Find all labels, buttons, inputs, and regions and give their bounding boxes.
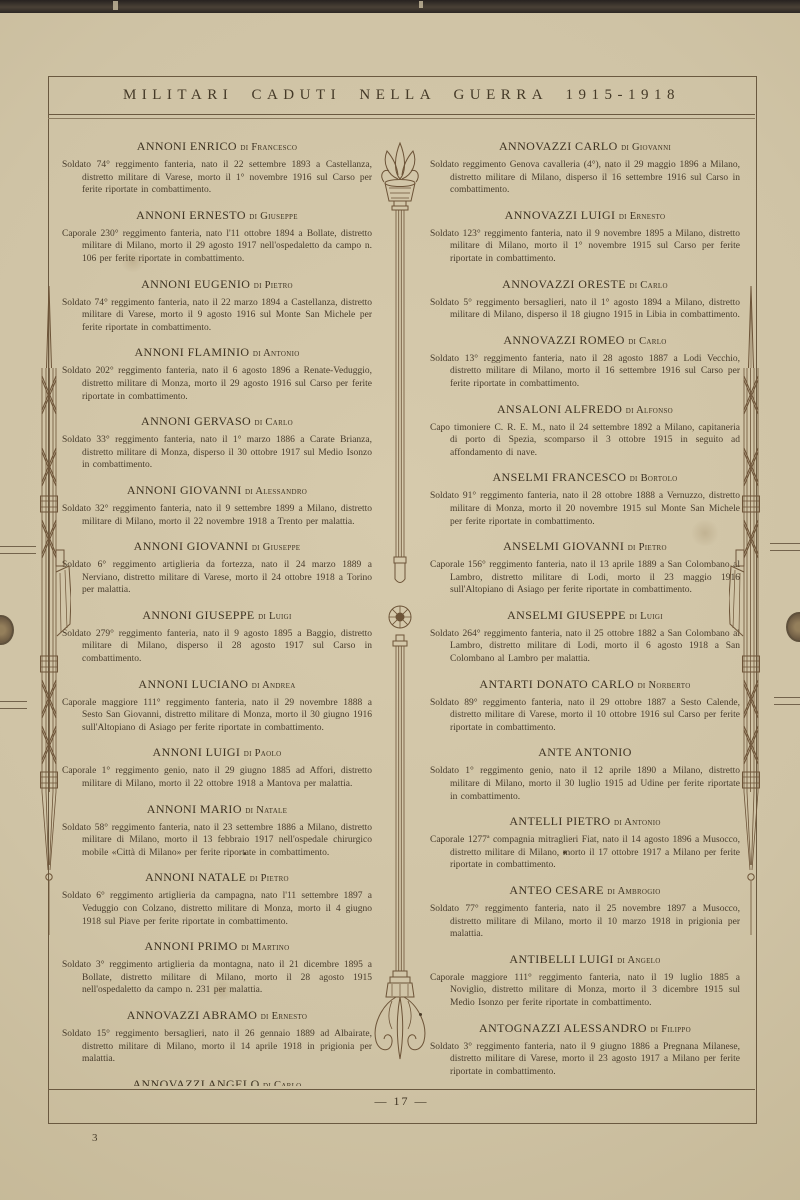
soldier-name-heading: ANNOVAZZI CARLO di Giovanni (430, 139, 740, 154)
soldier-entry: ANNOVAZZI LUIGI di Ernesto Soldato 123° … (430, 208, 740, 266)
soldier-name-heading: ANNONI NATALE di Pietro (62, 870, 372, 885)
soldier-record-text: Caporale 1277ª compagnia mitraglieri Fia… (430, 834, 740, 872)
soldier-name-heading: ANNONI GIOVANNI di Giuseppe (62, 539, 372, 554)
soldier-entry: ANSELMI GIUSEPPE di Luigi Soldato 264° r… (430, 608, 740, 666)
soldier-record-text: Caporale maggiore 111° reggimento fanter… (62, 697, 372, 735)
soldier-father-name: di Giuseppe (252, 542, 301, 553)
soldier-name-heading: ANNONI ENRICO di Francesco (62, 139, 372, 154)
soldier-surname-name: ANTIBELLI LUIGI (509, 952, 613, 966)
soldier-record-text: Soldato 6° reggimento artiglieria da for… (62, 559, 372, 597)
soldier-record-text: Soldato 33° reggimento fanteria, nato il… (62, 434, 372, 472)
soldier-record-text: Caporale 1° reggimento genio, nato il 29… (62, 765, 372, 790)
fasces-left-icon (27, 280, 71, 940)
soldier-surname-name: ANNONI GIOVANNI (134, 539, 249, 553)
soldier-name-heading: ANNONI ERNESTO di Giuseppe (62, 208, 372, 223)
title-rule (48, 114, 755, 115)
soldier-father-name: di Pietro (254, 280, 293, 291)
edge-mark (419, 1, 423, 8)
soldier-father-name: di Alessandro (245, 486, 307, 497)
soldier-father-name: di Carlo (629, 280, 667, 291)
soldier-record-text: Caporale maggiore 111° reggimento fanter… (430, 972, 740, 1010)
title-rule-thin (48, 118, 755, 119)
soldier-father-name: di Francesco (240, 142, 297, 153)
soldier-entry: ANTOGNAZZI ALESSANDRO di Filippo Soldato… (430, 1021, 740, 1079)
entries-column-left: ANNONI ENRICO di Francesco Soldato 74° r… (62, 128, 372, 1086)
soldier-father-name: di Bortolo (630, 473, 678, 484)
soldier-entry: ANNONI LUIGI di Paolo Caporale 1° reggim… (62, 745, 372, 790)
soldier-name-heading: ANNONI MARIO di Natale (62, 802, 372, 817)
soldier-father-name: di Ambrogio (607, 886, 660, 897)
soldier-surname-name: ANSELMI FRANCESCO (492, 470, 626, 484)
soldier-entry: ANNONI GIUSEPPE di Luigi Soldato 279° re… (62, 608, 372, 666)
soldier-surname-name: ANNONI LUIGI (153, 745, 241, 759)
soldier-entry: ANSELMI GIOVANNI di Pietro Caporale 156°… (430, 539, 740, 597)
soldier-record-text: Soldato 77° reggimento fanteria, nato il… (430, 903, 740, 941)
soldier-name-heading: ANTOGNAZZI ALESSANDRO di Filippo (430, 1021, 740, 1036)
soldier-father-name: di Paolo (244, 748, 282, 759)
soldier-surname-name: ANNONI GIOVANNI (127, 483, 242, 497)
soldier-name-heading: ANNOVAZZI LUIGI di Ernesto (430, 208, 740, 223)
printers-mark (244, 852, 246, 855)
edge-rosette-icon (786, 612, 800, 642)
page-number: — 17 — (48, 1094, 755, 1109)
soldier-father-name: di Antonio (253, 348, 300, 359)
soldier-record-text: Soldato 15° reggimento bersaglieri, nato… (62, 1028, 372, 1066)
soldier-name-heading: ANNOVAZZI ANGELO di Carlo (62, 1077, 372, 1086)
page-title: MILITARI CADUTI NELLA GUERRA 1915-1918 (123, 87, 680, 104)
soldier-surname-name: ANTOGNAZZI ALESSANDRO (479, 1021, 647, 1035)
soldier-entry: ANTE ANTONIO Soldato 1° reggimento genio… (430, 745, 740, 803)
soldier-record-text: Soldato 6° reggimento artiglieria da cam… (62, 890, 372, 928)
soldier-name-heading: ANNOVAZZI ROMEO di Carlo (430, 333, 740, 348)
soldier-record-text: Soldato 264° reggimento fanteria, nato i… (430, 628, 740, 666)
soldier-record-text: Soldato 74° reggimento fanteria, nato il… (62, 159, 372, 197)
soldier-entry: ANNONI NATALE di Pietro Soldato 6° reggi… (62, 870, 372, 928)
soldier-entry: ANTIBELLI LUIGI di Angelo Caporale maggi… (430, 952, 740, 1010)
edge-registration-lines (770, 543, 800, 551)
soldier-surname-name: ANNONI MARIO (147, 802, 242, 816)
soldier-surname-name: ANNONI ERNESTO (136, 208, 246, 222)
soldier-surname-name: ANNONI GIUSEPPE (142, 608, 254, 622)
soldier-entry: ANNOVAZZI CARLO di Giovanni Soldato regg… (430, 139, 740, 197)
soldier-surname-name: ANNOVAZZI ROMEO (503, 333, 624, 347)
soldier-surname-name: ANTE ANTONIO (538, 745, 632, 759)
edge-rosette-icon (0, 615, 14, 645)
soldier-record-text: Soldato 5° reggimento bersaglieri, nato … (430, 297, 740, 322)
soldier-surname-name: ANTEO CESARE (509, 883, 603, 897)
soldier-name-heading: ANNONI PRIMO di Martino (62, 939, 372, 954)
soldier-entry: ANTEO CESARE di Ambrogio Soldato 77° reg… (430, 883, 740, 941)
soldier-father-name: di Carlo (628, 336, 666, 347)
soldier-surname-name: ANSELMI GIOVANNI (503, 539, 624, 553)
soldier-father-name: di Giovanni (621, 142, 671, 153)
soldier-father-name: di Luigi (629, 611, 663, 622)
soldier-entry: ANNOVAZZI ANGELO di Carlo Caporale 100° … (62, 1077, 372, 1086)
soldier-entry: ANNONI GIOVANNI di Alessandro Soldato 32… (62, 483, 372, 528)
soldier-surname-name: ANTARTI DONATO CARLO (479, 677, 634, 691)
soldier-record-text: Soldato 3° reggimento fanteria, nato il … (430, 1041, 740, 1079)
soldier-father-name: di Carlo (263, 1080, 301, 1086)
printers-mark (419, 1013, 422, 1016)
soldier-name-heading: ANTIBELLI LUIGI di Angelo (430, 952, 740, 967)
soldier-entry: ANNONI LUCIANO di Andrea Caporale maggio… (62, 677, 372, 735)
soldier-name-heading: ANNONI LUIGI di Paolo (62, 745, 372, 760)
edge-mark (113, 1, 118, 10)
entries-column-right: ANNOVAZZI CARLO di Giovanni Soldato regg… (430, 128, 740, 1086)
soldier-surname-name: ANNONI LUCIANO (138, 677, 248, 691)
soldier-record-text: Soldato 1° reggimento genio, nato il 12 … (430, 765, 740, 803)
soldier-father-name: di Martino (241, 942, 289, 953)
foxing-stain (600, 160, 620, 178)
soldier-father-name: di Carlo (255, 417, 293, 428)
soldier-record-text: Soldato 32° reggimento fanteria, nato il… (62, 503, 372, 528)
soldier-father-name: di Ernesto (619, 211, 666, 222)
soldier-entry: ANNONI ENRICO di Francesco Soldato 74° r… (62, 139, 372, 197)
soldier-surname-name: ANNOVAZZI CARLO (499, 139, 618, 153)
sheet-signature-number: 3 (92, 1132, 98, 1144)
soldier-father-name: di Alfonso (626, 405, 673, 416)
soldier-entry: ANNOVAZZI ABRAMO di Ernesto Soldato 15° … (62, 1008, 372, 1066)
soldier-father-name: di Giuseppe (249, 211, 298, 222)
foxing-stain (690, 520, 720, 546)
soldier-name-heading: ANNONI FLAMINIO di Antonio (62, 345, 372, 360)
soldier-surname-name: ANSALONI ALFREDO (497, 402, 622, 416)
soldier-name-heading: ANNOVAZZI ABRAMO di Ernesto (62, 1008, 372, 1023)
soldier-father-name: di Natale (245, 805, 287, 816)
soldier-surname-name: ANNOVAZZI ORESTE (502, 277, 626, 291)
soldier-surname-name: ANNONI GERVASO (141, 414, 251, 428)
soldier-surname-name: ANNONI PRIMO (145, 939, 238, 953)
soldier-entry: ANNONI GERVASO di Carlo Soldato 33° regg… (62, 414, 372, 472)
soldier-record-text: Capo timoniere C. R. E. M., nato il 24 s… (430, 422, 740, 460)
foxing-stain (120, 250, 146, 272)
soldier-record-text: Soldato 89° reggimento fanteria, nato il… (430, 697, 740, 735)
soldier-record-text: Soldato 91° reggimento fanteria, nato il… (430, 490, 740, 528)
edge-registration-lines (0, 701, 27, 709)
soldier-surname-name: ANNONI NATALE (145, 870, 246, 884)
title-band: MILITARI CADUTI NELLA GUERRA 1915-1918 (48, 76, 755, 114)
soldier-father-name: di Norberto (638, 680, 691, 691)
soldier-name-heading: ANNONI EUGENIO di Pietro (62, 277, 372, 292)
soldier-surname-name: ANTELLI PIETRO (509, 814, 610, 828)
soldier-surname-name: ANNONI FLAMINIO (134, 345, 249, 359)
edge-registration-lines (774, 697, 800, 705)
soldier-surname-name: ANNOVAZZI ABRAMO (127, 1008, 258, 1022)
soldier-record-text: Soldato 279° reggimento fanteria, nato i… (62, 628, 372, 666)
soldier-name-heading: ANTARTI DONATO CARLO di Norberto (430, 677, 740, 692)
soldier-entry: ANTARTI DONATO CARLO di Norberto Soldato… (430, 677, 740, 735)
soldier-name-heading: ANNOVAZZI ORESTE di Carlo (430, 277, 740, 292)
soldier-entry: ANNOVAZZI ROMEO di Carlo Soldato 13° reg… (430, 333, 740, 391)
soldier-entry: ANNONI GIOVANNI di Giuseppe Soldato 6° r… (62, 539, 372, 597)
torch-divider-icon (370, 133, 430, 1083)
soldier-name-heading: ANNONI LUCIANO di Andrea (62, 677, 372, 692)
soldier-father-name: di Filippo (650, 1024, 691, 1035)
soldier-father-name: di Luigi (258, 611, 292, 622)
soldier-surname-name: ANNOVAZZI LUIGI (505, 208, 616, 222)
soldier-name-heading: ANTELLI PIETRO di Antonio (430, 814, 740, 829)
soldier-name-heading: ANNONI GIOVANNI di Alessandro (62, 483, 372, 498)
soldier-father-name: di Pietro (628, 542, 667, 553)
soldier-record-text: Soldato reggimento Genova cavalleria (4°… (430, 159, 740, 197)
soldier-entry: ANSELMI FRANCESCO di Bortolo Soldato 91°… (430, 470, 740, 528)
printers-mark (563, 851, 566, 854)
soldier-name-heading: ANSALONI ALFREDO di Alfonso (430, 402, 740, 417)
soldier-record-text: Caporale 230° reggimento fanteria, nato … (62, 228, 372, 266)
fasces-right-icon (729, 280, 773, 940)
soldier-record-text: Soldato 123° reggimento fanteria, nato i… (430, 228, 740, 266)
soldier-surname-name: ANNONI ENRICO (137, 139, 237, 153)
edge-registration-lines (0, 546, 36, 554)
soldier-name-heading: ANSELMI FRANCESCO di Bortolo (430, 470, 740, 485)
soldier-father-name: di Antonio (614, 817, 661, 828)
soldier-name-heading: ANNONI GIUSEPPE di Luigi (62, 608, 372, 623)
soldier-record-text: Soldato 13° reggimento fanteria, nato il… (430, 353, 740, 391)
soldier-father-name: di Pietro (250, 873, 289, 884)
soldier-father-name: di Andrea (252, 680, 296, 691)
soldier-father-name: di Ernesto (261, 1011, 308, 1022)
soldier-entry: ANTELLI PIETRO di Antonio Caporale 1277ª… (430, 814, 740, 872)
soldier-father-name: di Angelo (617, 955, 660, 966)
soldier-entry: ANNONI EUGENIO di Pietro Soldato 74° reg… (62, 277, 372, 335)
foxing-stain (210, 980, 234, 1000)
soldier-entry: ANNOVAZZI ORESTE di Carlo Soldato 5° reg… (430, 277, 740, 322)
soldier-name-heading: ANTEO CESARE di Ambrogio (430, 883, 740, 898)
soldier-record-text: Soldato 58° reggimento fanteria, nato il… (62, 822, 372, 860)
book-page: MILITARI CADUTI NELLA GUERRA 1915-1918 A… (0, 0, 800, 1200)
soldier-entry: ANNONI FLAMINIO di Antonio Soldato 202° … (62, 345, 372, 403)
soldier-surname-name: ANNONI EUGENIO (141, 277, 250, 291)
soldier-surname-name: ANNOVAZZI ANGELO (132, 1077, 259, 1086)
scan-top-edge (0, 0, 800, 13)
soldier-entry: ANNONI ERNESTO di Giuseppe Caporale 230°… (62, 208, 372, 266)
soldier-name-heading: ANTE ANTONIO (430, 745, 740, 760)
soldier-record-text: Soldato 202° reggimento fanteria, nato i… (62, 365, 372, 403)
soldier-record-text: Caporale 156° reggimento fanteria, nato … (430, 559, 740, 597)
soldier-name-heading: ANNONI GERVASO di Carlo (62, 414, 372, 429)
soldier-entry: ANSALONI ALFREDO di Alfonso Capo timonie… (430, 402, 740, 460)
soldier-name-heading: ANSELMI GIUSEPPE di Luigi (430, 608, 740, 623)
soldier-surname-name: ANSELMI GIUSEPPE (507, 608, 626, 622)
soldier-record-text: Soldato 74° reggimento fanteria, nato il… (62, 297, 372, 335)
soldier-entry: ANNONI MARIO di Natale Soldato 58° reggi… (62, 802, 372, 860)
footer-rule (48, 1089, 755, 1090)
